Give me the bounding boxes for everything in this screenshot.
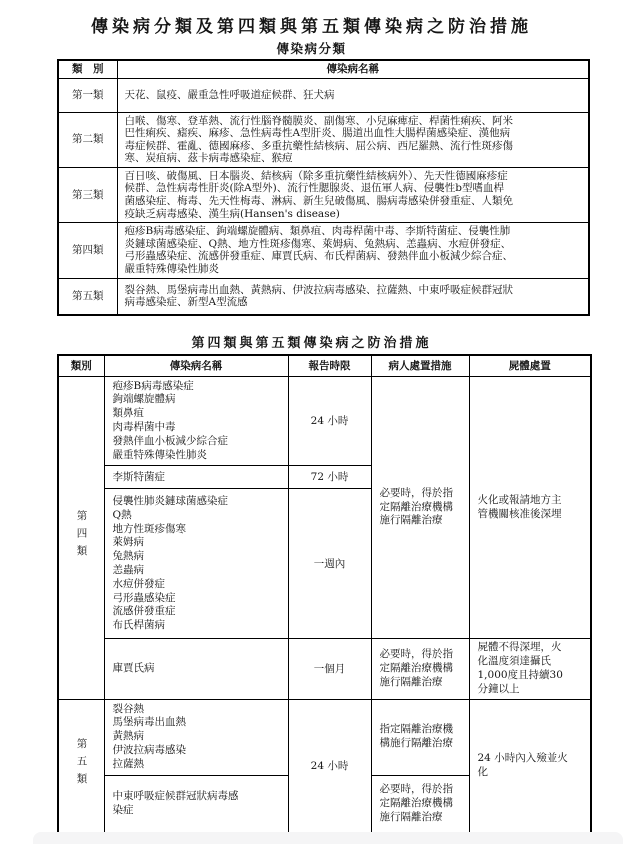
report-deadline: 24 小時 bbox=[288, 376, 371, 466]
report-deadline: 一週內 bbox=[288, 489, 371, 639]
header-disease-names: 傳染病名稱 bbox=[117, 60, 589, 78]
category-5-label-cell: 第五類 bbox=[58, 699, 104, 833]
patient-measures: 指定隔離治療機 構施行隔離治療 bbox=[371, 699, 469, 775]
disease-list: 天花、鼠疫、嚴重急性呼吸道症候群、狂犬病 bbox=[117, 78, 589, 112]
category-label: 第四類 bbox=[58, 223, 117, 278]
disease-list: 疱疹B病毒感染症、鉤端螺旋體病、類鼻疽、肉毒桿菌中毒、李斯特菌症、侵襲性肺 炎鏈… bbox=[117, 223, 589, 278]
header-patient-measures: 病人處置措施 bbox=[371, 355, 469, 376]
corpse-handling: 火化或報請地方主 管機關核准後深埋 bbox=[469, 376, 591, 639]
table-row: 第四類 疱疹B病毒感染症、鉤端螺旋體病、類鼻疽、肉毒桿菌中毒、李斯特菌症、侵襲性… bbox=[58, 223, 589, 278]
disease-list: 中東呼吸症候群冠狀病毒感 染症 bbox=[104, 775, 288, 833]
table-row: 第四類 疱疹B病毒感染症 鉤端螺旋體病 類鼻疽 肉毒桿菌中毒 發熱伴血小板減少綜… bbox=[58, 376, 591, 466]
header-category: 類 別 bbox=[58, 60, 117, 78]
report-deadline: 72 小時 bbox=[288, 466, 371, 489]
disease-list: 李斯特菌症 bbox=[104, 466, 288, 489]
disease-list: 裂谷熱 馬堡病毒出血熱 黃熱病 伊波拉病毒感染 拉薩熱 bbox=[104, 699, 288, 775]
corpse-handling: 24 小時內入殮並火 化 bbox=[469, 699, 591, 833]
disease-list: 侵襲性肺炎鏈球菌感染症 Q熱 地方性斑疹傷寒 萊姆病 兔熱病 恙蟲病 水痘併發症… bbox=[104, 489, 288, 639]
header-category: 類別 bbox=[58, 355, 104, 376]
table-row: 第三類 百日咳、破傷風、日本腦炎、結核病（除多重抗藥性結核病外）、先天性德國麻疹… bbox=[58, 167, 589, 222]
table-row: 第二類 白喉、傷寒、登革熱、流行性腦脊髓膜炎、副傷寒、小兒麻痺症、桿菌性痢疾、阿… bbox=[58, 112, 589, 167]
bottom-bar bbox=[33, 832, 623, 844]
category-label: 第一類 bbox=[58, 78, 117, 112]
classification-table-title: 傳染病分類 bbox=[0, 39, 623, 57]
disease-list: 百日咳、破傷風、日本腦炎、結核病（除多重抗藥性結核病外）、先天性德國麻疹症 候群… bbox=[117, 167, 589, 222]
header-disease-name: 傳染病名稱 bbox=[104, 355, 288, 376]
patient-measures: 必要時，得於指 定隔離治療機構 施行隔離治療 bbox=[371, 376, 469, 639]
document-page: 傳染病分類及第四類與第五類傳染病之防治措施 傳染病分類 類 別 傳染病名稱 第一… bbox=[0, 0, 623, 844]
measures-table: 類別 傳染病名稱 報告時限 病人處置措施 屍體處置 第四類 疱疹B病毒感染症 鉤… bbox=[57, 354, 592, 834]
category-4-label-cell: 第四類 bbox=[58, 376, 104, 699]
report-deadline: 一個月 bbox=[288, 639, 371, 699]
header-corpse-handling: 屍體處置 bbox=[469, 355, 591, 376]
table-row: 庫賈氏病 一個月 必要時，得於指 定隔離治療機構 施行隔離治療 屍體不得深埋，火… bbox=[58, 639, 591, 699]
disease-list: 裂谷熱、馬堡病毒出血熱、黃熱病、伊波拉病毒感染、拉薩熱、中東呼吸症候群冠狀 病毒… bbox=[117, 278, 589, 315]
disease-list: 疱疹B病毒感染症 鉤端螺旋體病 類鼻疽 肉毒桿菌中毒 發熱伴血小板減少綜合症 嚴… bbox=[104, 376, 288, 466]
patient-measures: 必要時，得於指 定隔離治療機構 施行隔離治療 bbox=[371, 775, 469, 833]
header-report-deadline: 報告時限 bbox=[288, 355, 371, 376]
document-title: 傳染病分類及第四類與第五類傳染病之防治措施 bbox=[0, 0, 623, 37]
table-row: 第一類 天花、鼠疫、嚴重急性呼吸道症候群、狂犬病 bbox=[58, 78, 589, 112]
measures-header-row: 類別 傳染病名稱 報告時限 病人處置措施 屍體處置 bbox=[58, 355, 591, 376]
patient-measures: 必要時，得於指 定隔離治療機構 施行隔離治療 bbox=[371, 639, 469, 699]
classification-table: 類 別 傳染病名稱 第一類 天花、鼠疫、嚴重急性呼吸道症候群、狂犬病 第二類 白… bbox=[57, 59, 590, 316]
category-4-label: 第四類 bbox=[76, 510, 87, 563]
table-row: 第五類 裂谷熱 馬堡病毒出血熱 黃熱病 伊波拉病毒感染 拉薩熱 24 小時 指定… bbox=[58, 699, 591, 775]
measures-table-title: 第四類與第五類傳染病之防治措施 bbox=[0, 332, 623, 351]
category-label: 第二類 bbox=[58, 112, 117, 167]
table-row: 第五類 裂谷熱、馬堡病毒出血熱、黃熱病、伊波拉病毒感染、拉薩熱、中東呼吸症候群冠… bbox=[58, 278, 589, 315]
report-deadline: 24 小時 bbox=[288, 699, 371, 833]
disease-list: 白喉、傷寒、登革熱、流行性腦脊髓膜炎、副傷寒、小兒麻痺症、桿菌性痢疾、阿米 巴性… bbox=[117, 112, 589, 167]
category-5-label: 第五類 bbox=[76, 738, 87, 791]
category-label: 第五類 bbox=[58, 278, 117, 315]
category-label: 第三類 bbox=[58, 167, 117, 222]
classification-header-row: 類 別 傳染病名稱 bbox=[58, 60, 589, 78]
disease-list: 庫賈氏病 bbox=[104, 639, 288, 699]
corpse-handling: 屍體不得深埋，火 化溫度須達攝氏 1,000度且持續30 分鐘以上 bbox=[469, 639, 591, 699]
